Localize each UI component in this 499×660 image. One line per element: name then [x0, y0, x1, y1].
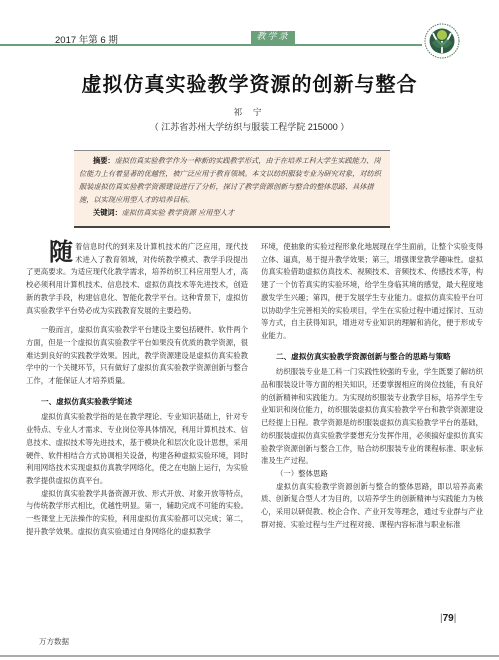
- page-number-value: 79: [443, 613, 454, 624]
- paragraph: 虚拟仿真实验教学指的是在教学理论、专业知识基础上，针对专业特点、专业人才需求、专…: [26, 411, 248, 487]
- affiliation: （ 江苏省苏州大学纺织与服装工程学院 215000 ）: [0, 120, 499, 133]
- author: 祁 宁: [0, 106, 499, 118]
- column-tag: 教学录: [251, 31, 295, 44]
- abstract-label: 摘要：: [93, 156, 115, 165]
- abstract-box: 摘要：虚拟仿真实验教学作为一种新的实践教学形式，由于在培养工科大学生实践能力、岗…: [74, 150, 390, 228]
- tree-emblem-icon: [424, 23, 460, 59]
- paragraph: 虚拟仿真实验教学具备资源开放、形式开放、对象开放等特点，与传统教学形式相比，优越…: [26, 488, 248, 539]
- abstract-paragraph: 摘要：虚拟仿真实验教学作为一种新的实践教学形式，由于在培养工科大学生实践能力、岗…: [79, 154, 385, 206]
- paragraph: 虚拟仿真实验教学资源创新与整合的整体思路，即以培养高素质、创新复合型人才为目的，…: [261, 481, 483, 532]
- section-heading-1: 一、虚拟仿真实验教学简述: [26, 396, 248, 409]
- paragraph: 一般而言，虚拟仿真实验教学平台建设主要包括硬件、软件两个方面，但是一个虚拟仿真实…: [26, 324, 248, 388]
- keywords-text: 虚拟仿真实验 教学资源 应用型人才: [122, 208, 234, 217]
- keywords: 关键词：虚拟仿真实验 教学资源 应用型人才: [79, 206, 385, 219]
- keywords-label: 关键词：: [93, 208, 122, 217]
- intro-paragraph: 随着信息时代的到来及计算机技术的广泛应用，现代技术进入了教育领域，对传统教学模式…: [26, 241, 248, 317]
- body-column-right: 环境，使抽象的实验过程形象化地展现在学生面前，让整个实验变得立体、逼真，易于提升…: [261, 241, 483, 531]
- body-column-left: 随着信息时代的到来及计算机技术的广泛应用，现代技术进入了教育领域，对传统教学模式…: [26, 241, 248, 538]
- paragraph: 纺织服装专业是工科一门实践性较强的专业，学生既要了解纺织品和服装设计等方面的相关…: [261, 366, 483, 468]
- section-heading-2: 二、虚拟仿真实验教学资源创新与整合的思路与策略: [261, 351, 483, 364]
- paragraph: 环境，使抽象的实验过程形象化地展现在学生面前，让整个实验变得立体、逼真，易于提升…: [261, 241, 483, 343]
- footer-rule: [0, 655, 499, 657]
- footer-source: 万方数据: [39, 636, 69, 647]
- article-title: 虚拟仿真实验教学资源的创新与整合: [0, 68, 499, 97]
- header-rule: [0, 44, 422, 46]
- page-number: |79|: [440, 613, 456, 624]
- page-header: 2017 年第 6 期 教学录: [0, 0, 499, 60]
- subsection-heading: （一）整体思路: [261, 468, 483, 481]
- abstract-text: 虚拟仿真实验教学作为一种新的实践教学形式，由于在培养工科大学生实践能力、岗位能力…: [79, 156, 381, 204]
- drop-cap: 随: [49, 242, 73, 264]
